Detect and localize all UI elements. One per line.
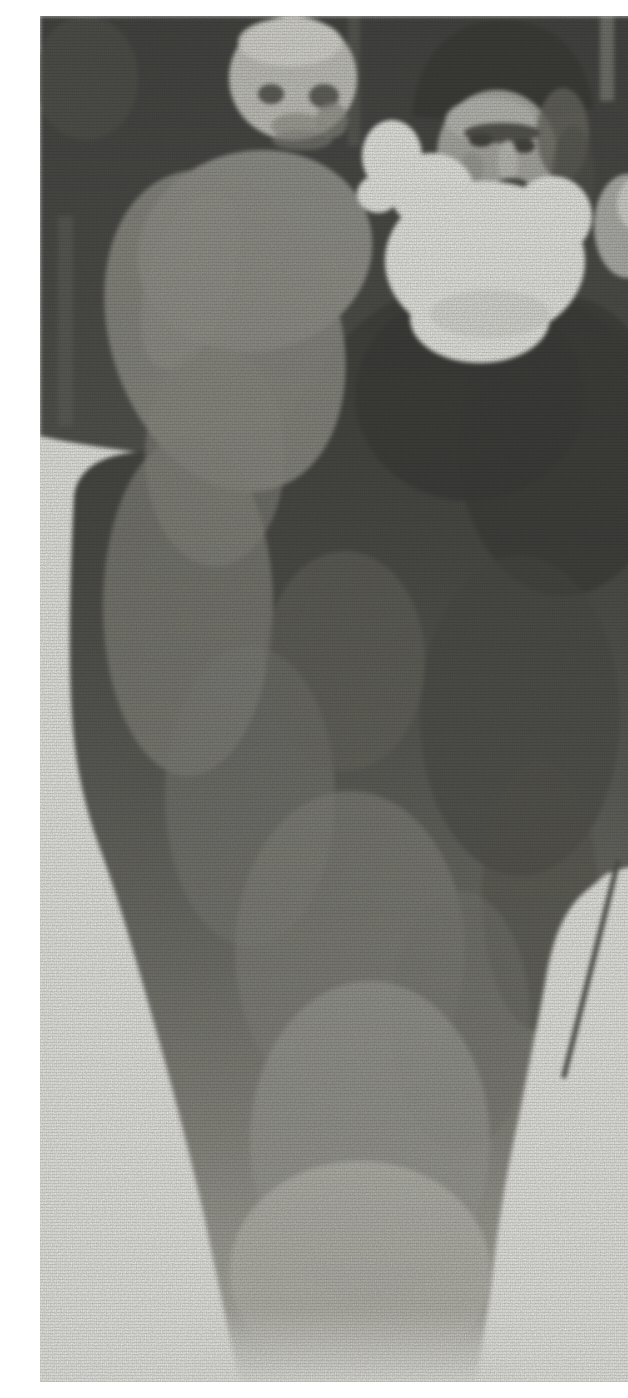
halftone-photograph: Monochrome photograph (newsprint halfton… xyxy=(40,16,628,1382)
photo-canvas xyxy=(40,16,628,1382)
grain-overlay xyxy=(40,16,628,1382)
